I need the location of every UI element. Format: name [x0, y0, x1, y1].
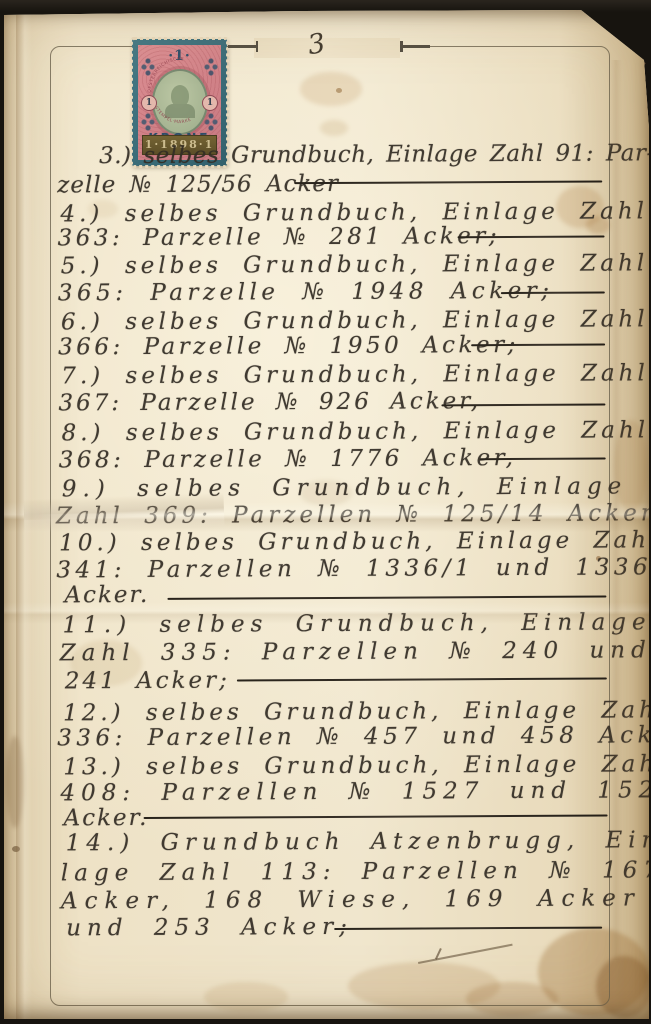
- ink-rule: [458, 236, 605, 239]
- ink-rule: [334, 927, 602, 931]
- manuscript-line: 3.) selbes Grundbuch, Einlage Zahl 91: P…: [99, 139, 651, 170]
- ink-rule: [480, 458, 606, 461]
- manuscript-line: 14.) Grundbuch Atzenbrugg, Ein-: [66, 826, 651, 857]
- ink-rule: [294, 181, 602, 185]
- ink-rule: [144, 815, 608, 820]
- manuscript-line: 408: Parzellen № 1527 und 1528: [60, 776, 651, 807]
- ink-rule: [237, 678, 607, 682]
- ink-rule: [441, 404, 605, 407]
- ink-rule: [167, 596, 606, 600]
- manuscript-line: 9.) selbes Grundbuch, Einlage: [62, 472, 628, 503]
- manuscript-line: 365: Parzelle № 1948 Acker;: [58, 277, 554, 308]
- manuscript-line: 7.) selbes Grundbuch, Einlage Zahl: [61, 359, 649, 390]
- manuscript-line: 5.) selbes Grundbuch, Einlage Zahl: [61, 249, 649, 280]
- manuscript-line: 363: Parzelle № 281 Acker;: [57, 222, 500, 252]
- document-page: 3 ·1· OESTERREICHISCHE STEMPEL·M: [4, 10, 649, 1019]
- manuscript-line: 341: Parzellen № 1336/1 und 1336/2: [56, 553, 651, 584]
- manuscript-line: lage Zahl 113: Parzellen № 167: [61, 856, 651, 887]
- manuscript-line: 367: Parzelle № 926 Acker,: [58, 387, 481, 417]
- manuscript-line: 368: Parzelle № 1776 Acker,: [59, 444, 517, 474]
- ink-rule: [471, 344, 605, 347]
- manuscript-line: 366: Parzelle № 1950 Acker;: [58, 331, 519, 361]
- manuscript-line: 10.) selbes Grundbuch, Einlage Zahl: [59, 526, 651, 557]
- manuscript-line: 11.) selbes Grundbuch, Einlage: [63, 608, 651, 639]
- manuscript-line: 8.) selbes Grundbuch, Einlage Zahl: [61, 416, 649, 447]
- scanned-document: 3 ·1· OESTERREICHISCHE STEMPEL·M: [0, 0, 651, 1024]
- manuscript-line: Acker, 168 Wiese, 169 Acker: [61, 884, 641, 915]
- manuscript: 3.) selbes Grundbuch, Einlage Zahl 91: P…: [1, 8, 651, 1020]
- manuscript-line: Zahl 335: Parzellen № 240 und: [60, 636, 651, 667]
- manuscript-line: zelle № 125/56 Acker: [57, 170, 339, 199]
- manuscript-line: und 253 Acker;: [66, 913, 353, 943]
- manuscript-line: Zahl 369: Parzellen № 125/14 Acker;: [56, 499, 651, 530]
- manuscript-line: 336: Parzellen № 457 und 458 Acker;: [57, 721, 651, 752]
- manuscript-line: Acker.: [64, 581, 149, 609]
- manuscript-line: 241 Acker;: [65, 667, 230, 696]
